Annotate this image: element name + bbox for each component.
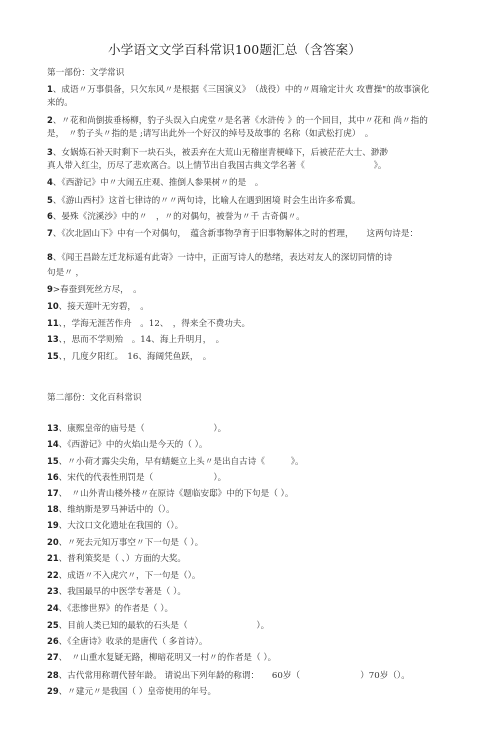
question-line: 27、 〃山重水复疑无路，柳暗花明又一村〃的作者是（ ）。	[47, 652, 276, 664]
question-number: 24	[47, 603, 59, 613]
question-text: 、维纳斯是罗马神话中的（）。	[59, 505, 175, 515]
question-line: 句是〃 ，	[47, 267, 84, 279]
question-text: 、成语〃万事俱备，只欠东风〃是根据《三国演义》 （战役）中的〃周瑜定计火 攻曹操…	[53, 85, 429, 95]
question-number: 25	[47, 620, 59, 630]
question-text: 、《悲惨世界》的作者是（ ）。	[59, 604, 173, 614]
question-line: 17、 〃山外青山楼外楼〃在原诗《题临安邸》中的下句是（ ）。	[47, 488, 293, 500]
question-line: 13、康熙皇帝的庙号是（ ）。	[47, 423, 226, 435]
question-line: 4、《西游记》中〃大闹五庄观、推倒人参果树〃的是 。	[47, 177, 263, 189]
question-number: 11	[47, 318, 59, 328]
question-text: 、接天莲叶无穷碧， 。	[59, 302, 149, 312]
question-line: 5、《游山西村》这首七律诗的〃〃两句诗，比喻人在遇到困境 时会生出许多希翼。	[47, 195, 361, 207]
question-text: 、我国最早的中医学专著是（ ）。	[59, 587, 186, 597]
document-page: 小学语文文学百科常识100题汇总（含答案） 第一部份：文学常识 1、成语〃万事俱…	[0, 0, 500, 747]
question-number: 17	[47, 488, 59, 498]
question-line: 2、〃花和尚倒拔垂杨柳，豹子头误入白虎堂〃是名著《水浒传 》的一个回目，其中〃花…	[47, 115, 428, 127]
section-heading-literature: 第一部份：文学常识	[47, 68, 124, 79]
question-line: 29、〃建元〃是我国（ ）皇帝使用的年号。	[47, 686, 216, 698]
question-text: 是， 〃豹子头〃指的是 ;请写出此外一个好汉的绰号及故事的 名称（如武松打虎） …	[47, 129, 373, 139]
question-number: 20	[47, 537, 59, 547]
question-line: 6、晏殊《浣溪沙》中的〃 ，〃的对偶句，被誉为〃千 古奇偶〃。	[47, 211, 305, 223]
question-number: 14	[47, 439, 59, 449]
question-number: 13	[47, 334, 59, 344]
question-text: 、女娲炼石补天时剩下一块石头，被丢弃在大荒山无稽崖青梗峰下，后被茫茫大士、渺渺	[53, 148, 388, 158]
question-text: 、古代常用称谓代替年龄。 请说出下列年龄的称谓： 60岁（ ）70岁（）。	[59, 671, 410, 681]
question-text: 、，思而不学则殆 。14、海上升明月， 。	[59, 335, 225, 345]
question-number: 28	[47, 670, 59, 680]
question-number: 27	[47, 652, 59, 662]
question-line: 13、，思而不学则殆 。14、海上升明月， 。	[47, 334, 224, 346]
question-line: 18、维纳斯是罗马神话中的（）。	[47, 504, 175, 516]
question-number: 16	[47, 472, 59, 482]
question-line: 16、宋代的代表性刑罚是（ ）。	[47, 472, 226, 484]
question-text: 、成语〃不入虎穴〃，下一句是（）。	[59, 571, 201, 581]
question-text: 、 〃山外青山楼外楼〃在原诗《题临安邸》中的下句是（ ）。	[59, 489, 294, 499]
question-line: 真人带入红尘，历尽了悲欢离合。以上情节出自我国古典文学名著《 》。	[47, 160, 386, 172]
question-text: 、目前人类已知的最软的石头是（ ）。	[59, 621, 270, 631]
question-number: 18	[47, 504, 59, 514]
document-title: 小学语文文学百科常识100题汇总（含答案）	[108, 40, 361, 58]
question-line: 20、〃死去元知万事空〃下一句是（ ）。	[47, 537, 203, 549]
section-heading-culture: 第二部份：文化百科常识	[47, 393, 142, 404]
question-text: 、〃小荷才露尖尖角，早有蜻蜓立上头〃是出自古诗《 》。	[59, 457, 304, 467]
question-text: 、大汶口文化遗址在我国的（）。	[59, 521, 184, 531]
question-line: 3、女娲炼石补天时剩下一块石头，被丢弃在大荒山无稽崖青梗峰下，后被茫茫大士、渺渺	[47, 147, 388, 159]
question-line: 15、〃小荷才露尖尖角，早有蜻蜓立上头〃是出自古诗《 》。	[47, 456, 304, 468]
question-text: 、〃死去元知万事空〃下一句是（ ）。	[59, 538, 204, 548]
question-text: 、晏殊《浣溪沙》中的〃 ，〃的对偶句，被誉为〃千 古奇偶〃。	[53, 212, 305, 222]
question-text: 句是〃 ，	[47, 268, 84, 278]
question-number: 19	[47, 520, 59, 530]
question-text: 、，学海无涯苦作舟 。12、 ，得来全不费功夫。	[59, 319, 250, 329]
question-number: 15	[47, 351, 59, 361]
question-number: 10	[47, 301, 59, 311]
question-line: 10、接天莲叶无穷碧， 。	[47, 301, 149, 313]
question-line: 来的。	[47, 97, 73, 109]
question-number: 23	[47, 586, 59, 596]
question-text: 、《西游记》中〃大闹五庄观、推倒人参果树〃的是 。	[53, 178, 264, 188]
question-line: 是， 〃豹子头〃指的是 ;请写出此外一个好汉的绰号及故事的 名称（如武松打虎） …	[47, 128, 373, 140]
question-text: 、宋代的代表性刑罚是（ ）。	[59, 473, 227, 483]
question-number: 26	[47, 636, 59, 646]
question-text: 真人带入红尘，历尽了悲欢离合。以上情节出自我国古典文学名著《 》。	[47, 161, 386, 171]
question-line: 22、成语〃不入虎穴〃，下一句是（）。	[47, 570, 200, 582]
question-line: 1、成语〃万事俱备，只欠东风〃是根据《三国演义》 （战役）中的〃周瑜定计火 攻曹…	[47, 84, 429, 96]
question-text: 、《全唐诗》收录的是唐代（ 多首诗）。	[59, 637, 208, 647]
question-number: 15	[47, 456, 59, 466]
question-number: 13	[47, 423, 59, 433]
question-line: 24、《悲惨世界》的作者是（ ）。	[47, 603, 173, 615]
question-line: 9>春蚕到死丝方尽， 。	[47, 284, 142, 296]
question-line: 7、《次北固山下》中有一个对偶句， 蕴含新事物孕育于旧事物解体之时的哲理， 这两…	[47, 228, 418, 240]
question-line: 28、古代常用称谓代替年龄。 请说出下列年龄的称谓： 60岁（ ）70岁（）。	[47, 670, 410, 682]
question-text: 、〃花和尚倒拔垂杨柳，豹子头误入白虎堂〃是名著《水浒传 》的一个回目，其中〃花和…	[53, 116, 428, 126]
question-line: 19、大汶口文化遗址在我国的（）。	[47, 520, 183, 532]
question-text: 来的。	[47, 98, 73, 108]
question-text: 、 〃山重水复疑无路，柳暗花明又一村〃的作者是（ ）。	[59, 653, 277, 663]
question-text: 、康熙皇帝的庙号是（ ）。	[59, 424, 227, 434]
question-number: 29	[47, 686, 59, 696]
question-line: 15、，几度夕阳红。 16、海阔凭鱼跃， 。	[47, 351, 211, 363]
question-text: 、《次北固山下》中有一个对偶句， 蕴含新事物孕育于旧事物解体之时的哲理， 这两句…	[53, 229, 418, 239]
question-line: 8、《闻王昌龄左迁龙标遥有此寄》一诗中，正面写诗人的愁绪，表达对友人的深切同情的…	[47, 252, 392, 264]
question-line: 11、，学海无涯苦作舟 。12、 ，得来全不费功夫。	[47, 318, 250, 330]
question-text: 、，几度夕阳红。 16、海阔凭鱼跃， 。	[59, 352, 212, 362]
question-line: 21、普利策奖是（ 、）方面的大奖。	[47, 553, 186, 565]
question-line: 26、《全唐诗》收录的是唐代（ 多首诗）。	[47, 636, 207, 648]
question-text: 、〃建元〃是我国（ ）皇帝使用的年号。	[59, 687, 216, 697]
question-line: 14、《西游记》中的火焰山是今天的（ ）。	[47, 439, 207, 451]
question-text: >春蚕到死丝方尽， 。	[53, 285, 142, 295]
question-number: 22	[47, 570, 59, 580]
question-line: 25、目前人类已知的最软的石头是（ ）。	[47, 620, 269, 632]
question-text: 、普利策奖是（ 、）方面的大奖。	[59, 554, 186, 564]
question-line: 23、我国最早的中医学专著是（ ）。	[47, 586, 186, 598]
question-text: 、《闻王昌龄左迁龙标遥有此寄》一诗中，正面写诗人的愁绪，表达对友人的深切同情的诗	[53, 253, 392, 263]
question-text: 、《游山西村》这首七律诗的〃〃两句诗，比喻人在遇到困境 时会生出许多希翼。	[53, 196, 361, 206]
question-text: 、《西游记》中的火焰山是今天的（ ）。	[59, 440, 208, 450]
question-number: 21	[47, 553, 59, 563]
